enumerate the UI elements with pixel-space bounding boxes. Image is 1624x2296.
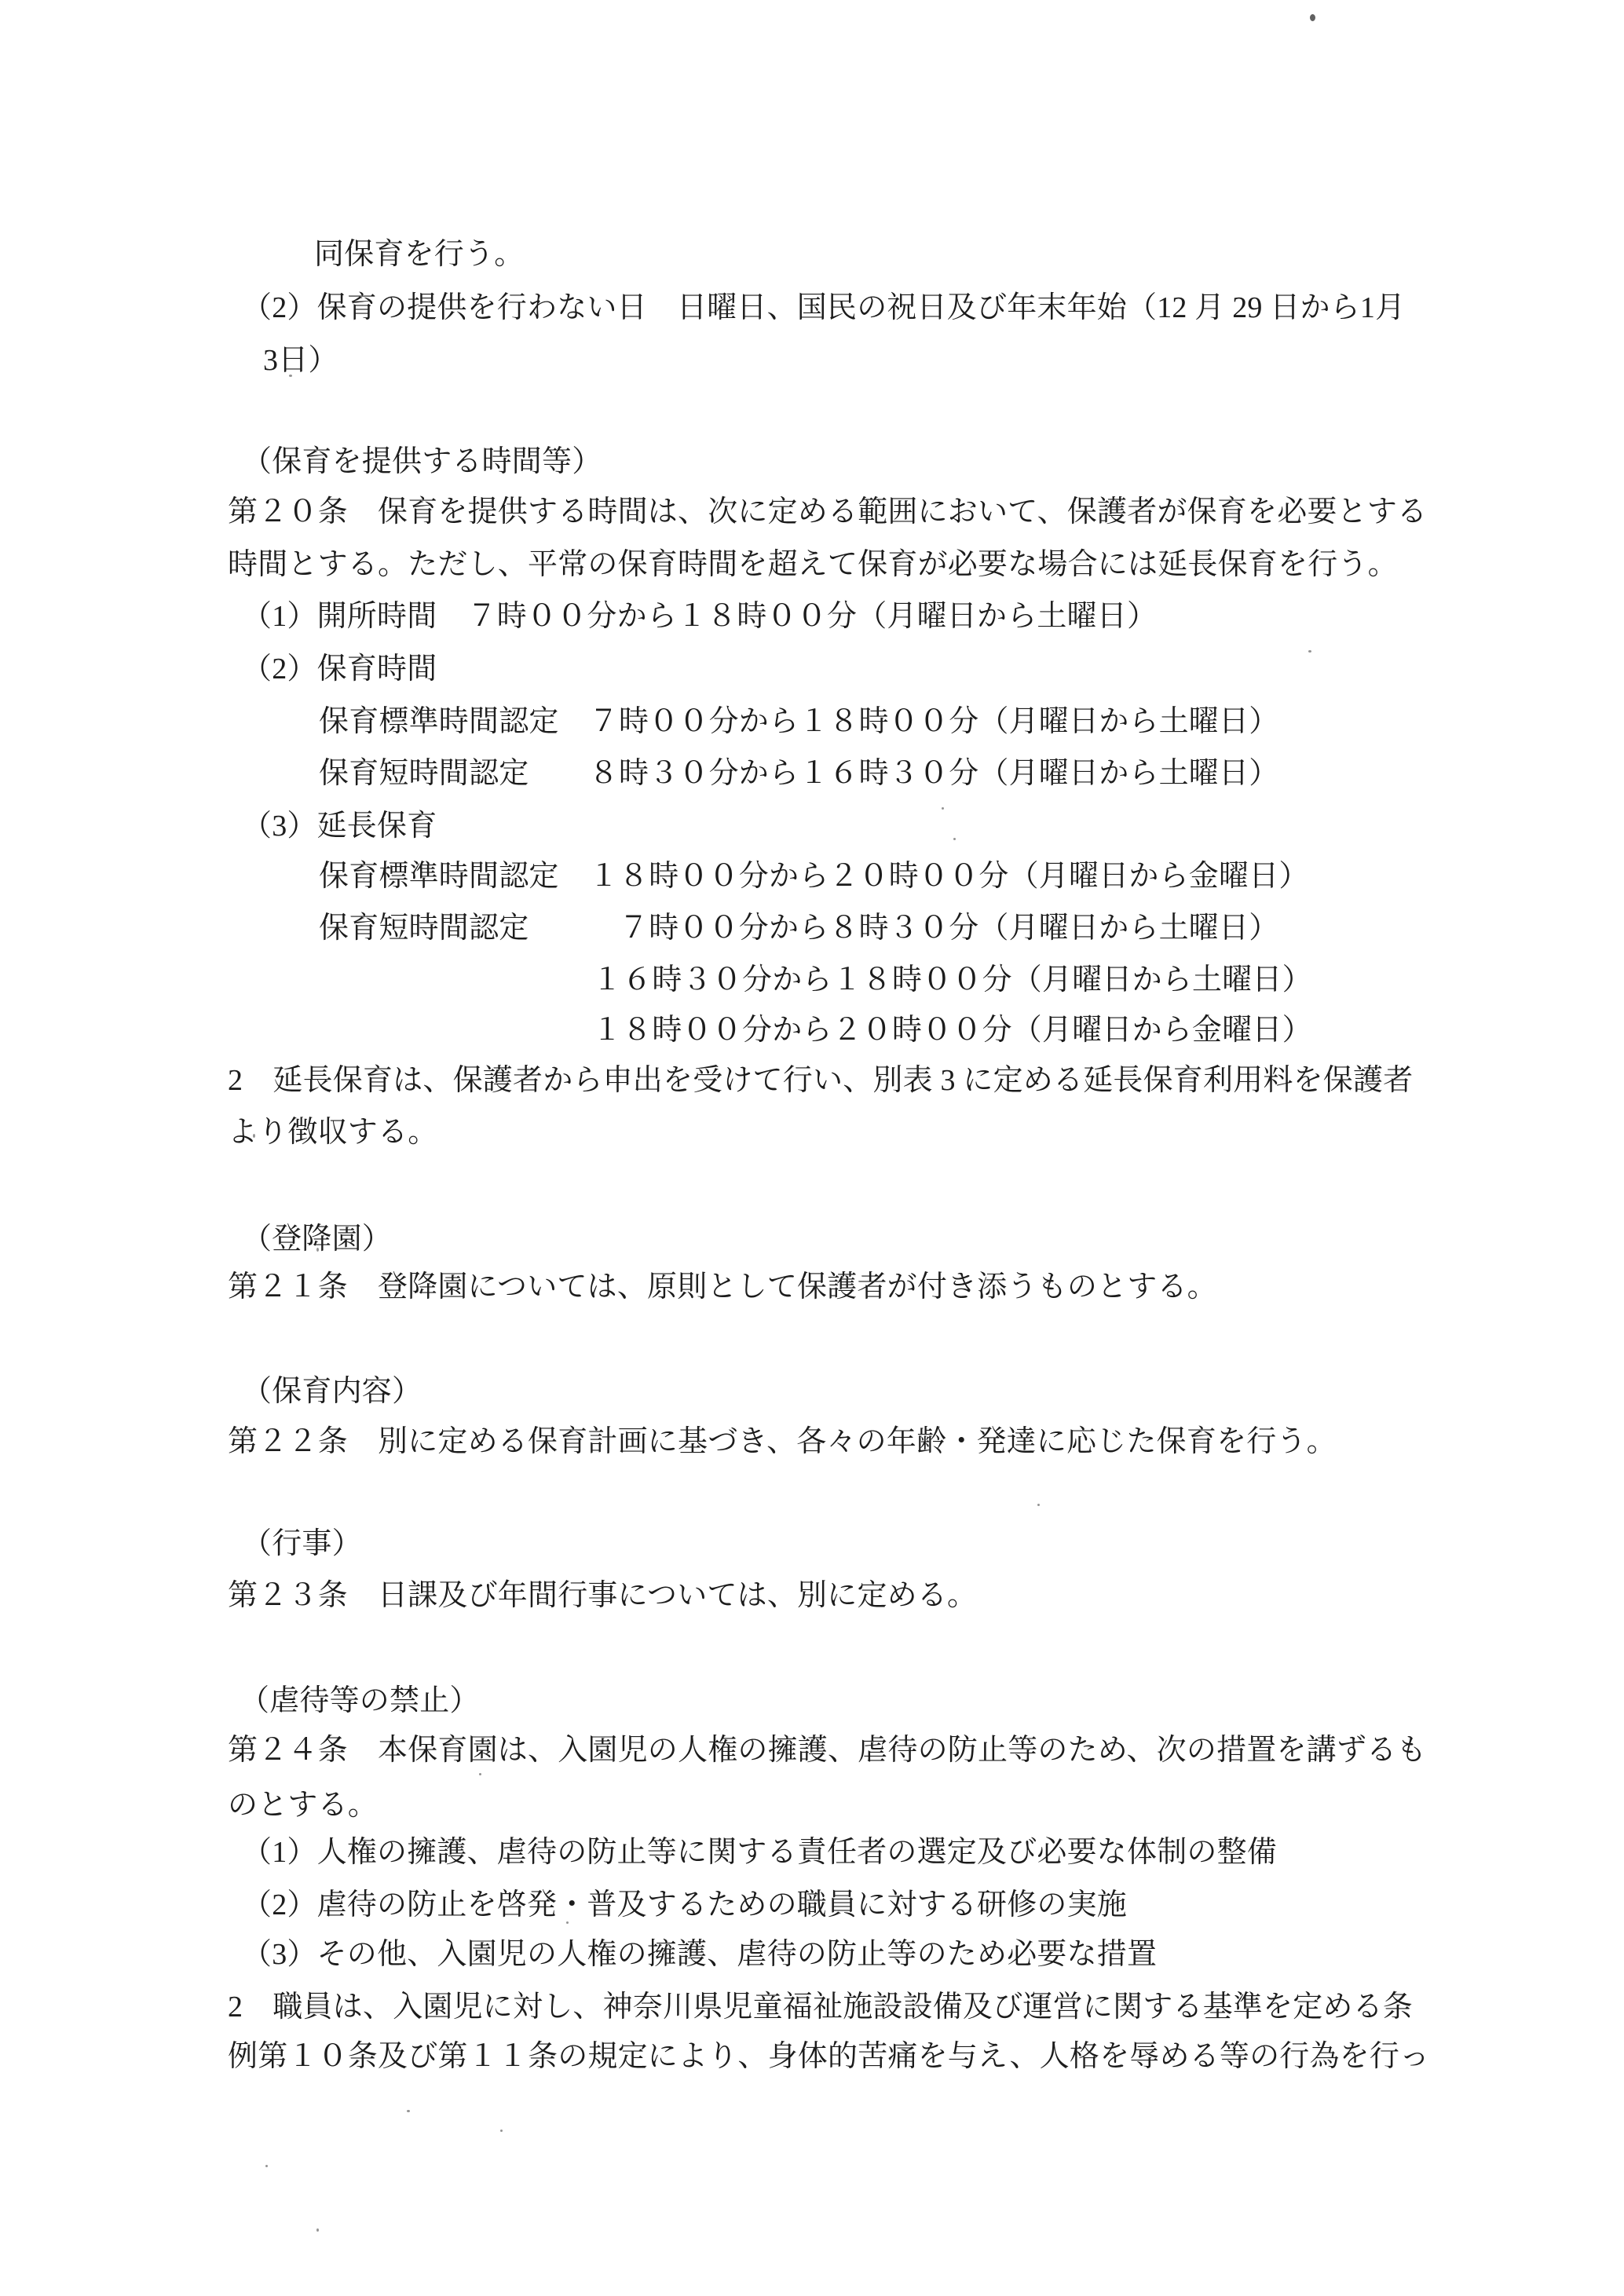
scan-speck bbox=[500, 2130, 503, 2132]
schedule-entry: 保育標準時間認定 ７時００分から１８時００分（月曜日から土曜日） bbox=[319, 705, 1278, 740]
paragraph: 2 職員は、入園児に対し、神奈川県児童福祉施設設備及び運営に関する基準を定める条 bbox=[228, 1991, 1413, 2025]
document-page: 同保育を行う。 （2）保育の提供を行わない日 日曜日、国民の祝日及び年末年始（1… bbox=[0, 0, 1624, 2296]
article-paragraph: 第２１条 登降園については、原則として保護者が付き添うものとする。 bbox=[228, 1270, 1217, 1305]
scan-speck bbox=[1308, 650, 1311, 653]
scan-speck bbox=[1310, 14, 1315, 21]
section-heading: （登降園） bbox=[242, 1223, 392, 1257]
section-heading: （保育を提供する時間等） bbox=[242, 445, 602, 480]
schedule-entry: 保育標準時間認定 １８時００分から２０時００分（月曜日から金曜日） bbox=[319, 860, 1309, 894]
schedule-entry: 保育短時間認定 ８時３０分から１６時３０分（月曜日から土曜日） bbox=[319, 757, 1278, 792]
article-paragraph: 第２３条 日課及び年間行事については、別に定める。 bbox=[228, 1579, 977, 1614]
numbered-item: （2）虐待の防止を啓発・普及するための職員に対する研修の実施 bbox=[242, 1888, 1127, 1923]
numbered-item: （3）その他、入園児の人権の擁護、虐待の防止等のため必要な措置 bbox=[242, 1938, 1157, 1972]
scan-speck bbox=[289, 375, 292, 377]
article-paragraph: 第２２条 別に定める保育計画に基づき、各々の年齢・発達に応じた保育を行う。 bbox=[228, 1425, 1337, 1460]
scan-speck bbox=[316, 2228, 319, 2232]
section-heading: （行事） bbox=[242, 1527, 362, 1562]
continuation-line: 時間とする。ただし、平常の保育時間を超えて保育が必要な場合には延長保育を行う。 bbox=[228, 548, 1398, 583]
scan-speck bbox=[942, 807, 944, 810]
continuation-line: 3日） bbox=[263, 344, 338, 378]
paragraph: 2 延長保育は、保護者から申出を受けて行い、別表 3 に定める延長保育利用料を保… bbox=[228, 1064, 1413, 1099]
scan-speck bbox=[265, 2165, 268, 2167]
continuation-line: １６時３０分から１８時００分（月曜日から土曜日） bbox=[592, 963, 1312, 998]
continuation-line: 例第１０条及び第１１条の規定により、身体的苦痛を与え、人格を辱める等の行為を行っ bbox=[228, 2040, 1429, 2075]
scan-speck bbox=[253, 1134, 255, 1138]
numbered-item: （1）開所時間 ７時００分から１８時００分（月曜日から土曜日） bbox=[242, 600, 1157, 634]
scan-speck bbox=[407, 2110, 410, 2112]
scan-speck bbox=[316, 1248, 319, 1252]
continuation-line: １８時００分から２０時００分（月曜日から金曜日） bbox=[592, 1014, 1312, 1048]
scan-speck bbox=[479, 1773, 481, 1775]
numbered-item: （2）保育時間 bbox=[242, 653, 437, 687]
continuation-line: 同保育を行う。 bbox=[314, 238, 524, 272]
section-heading: （虐待等の禁止） bbox=[240, 1684, 480, 1719]
continuation-line: より徴収する。 bbox=[228, 1116, 437, 1150]
numbered-item: （2）保育の提供を行わない日 日曜日、国民の祝日及び年末年始（12 月 29 日… bbox=[242, 291, 1405, 326]
scan-speck bbox=[953, 838, 956, 840]
scan-speck bbox=[1037, 1504, 1040, 1506]
continuation-line: のとする。 bbox=[228, 1789, 378, 1823]
article-paragraph: 第２０条 保育を提供する時間は、次に定める範囲において、保護者が保育を必要とする bbox=[228, 495, 1427, 530]
numbered-item: （3）延長保育 bbox=[242, 810, 437, 844]
numbered-item: （1）人権の擁護、虐待の防止等に関する責任者の選定及び必要な体制の整備 bbox=[242, 1836, 1277, 1870]
schedule-entry: 保育短時間認定 ７時００分から８時３０分（月曜日から土曜日） bbox=[319, 912, 1278, 946]
section-heading: （保育内容） bbox=[242, 1375, 422, 1409]
scan-speck bbox=[566, 1921, 569, 1924]
article-paragraph: 第２４条 本保育園は、入園児の人権の擁護、虐待の防止等のため、次の措置を講ずるも bbox=[228, 1734, 1426, 1768]
